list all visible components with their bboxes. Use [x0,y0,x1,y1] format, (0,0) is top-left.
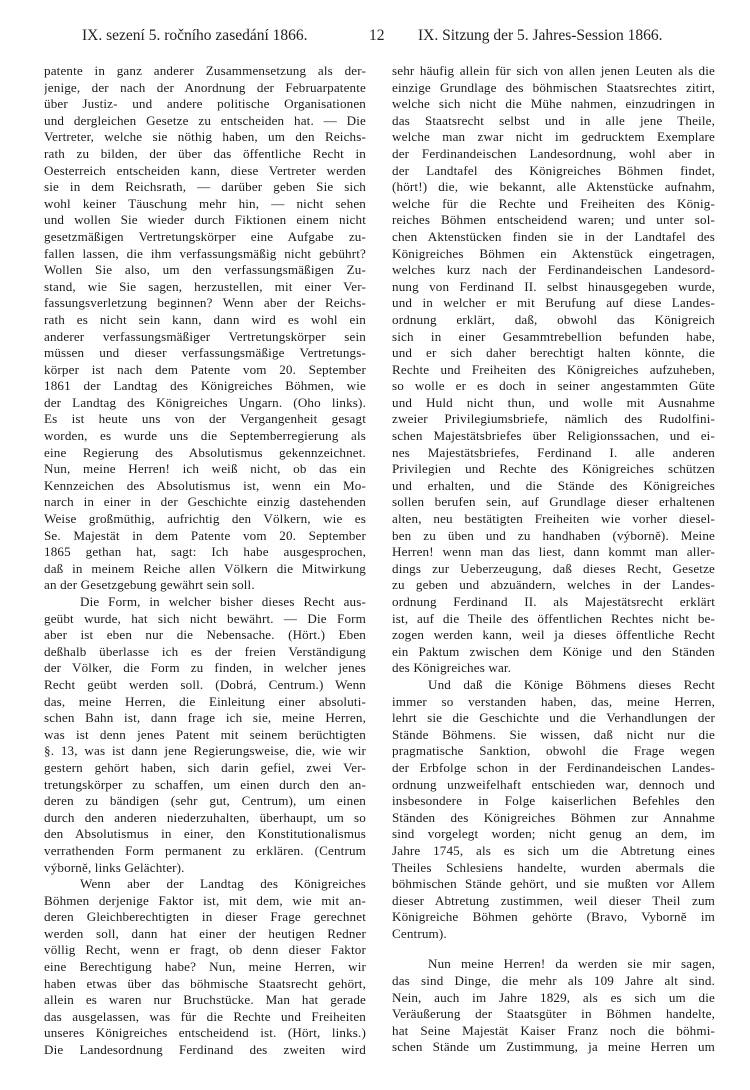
text-line: Wollen Sie also, um den verfassungsmäßig… [44,262,366,279]
text-line: schen Majestätsbriefes über Religionssac… [392,428,715,445]
text-line: verrathenden Form permanent zu erklären.… [44,843,366,860]
text-line: der Landtafel des Königreiches Böhmen fi… [392,163,715,180]
text-line: Recht geübt werden soll. (Dobrá, Centrum… [44,677,366,694]
text-line: rath es nicht sein kann, dann wird es wo… [44,312,366,329]
text-line: immer so verstanden haben, das, meine He… [392,694,715,711]
left-text-column: patente in ganz anderer Zusammensetzung … [44,63,366,1059]
text-line: Oesterreich entscheiden kann, diese Vert… [44,163,366,180]
text-line: geübt wurde, hat sich nicht bewährt. — D… [44,611,366,628]
text-line: aber ist eben nur die Nebensache. (Hört.… [44,627,366,644]
text-line: worden, es wurde uns die Septemberregier… [44,428,366,445]
text-line: jenige, der nach der Anordnung der Febru… [44,80,366,97]
text-line: §. 13, was ist dann jene Regierungsweise… [44,743,366,760]
text-line: der Landtag des Königreiches Ungarn. (Oh… [44,395,366,412]
text-line: Es ist heute uns von der Vergangenheit g… [44,411,366,428]
text-line: an der Gesetzgebung gewährt sein soll. [44,577,366,594]
text-line: müssen und dieser verfassungsmäßige Vert… [44,345,366,362]
text-line: durch den anderen niederzuhalten, überha… [44,810,366,827]
text-line: Se. Majestät in dem Patente vom 20. Sept… [44,528,366,545]
text-line: welche man zwar nicht im gedrucktem Exem… [392,129,715,146]
text-line: výborně, links Gelächter). [44,860,366,877]
text-line: insbesondere in Folge kaiserlichen Befeh… [392,793,715,810]
text-line: und in welcher er mit Berufung auf diese… [392,295,715,312]
right-text-column: sehr häufig allein für sich von allen je… [392,63,715,1056]
text-line: welches kurz nach der Ferdinandeischen L… [392,262,715,279]
text-line: Stände Böhmens. Sie wissen, daß nicht nu… [392,727,715,744]
text-line: Die Form, in welcher bisher dieses Recht… [44,594,366,611]
text-line: fallen lassen, die ihm verfassungsmäßig … [44,246,366,263]
text-line: Weise großmüthig, aufrichtig den Völkern… [44,511,366,528]
text-line: chen Aktenstücken finden sie in der Land… [392,229,715,246]
text-line: sich in einer Gesammtrebellion befunden … [392,329,715,346]
text-line: reiches Böhmen entscheidend waren; und u… [392,212,715,229]
header-german-title: IX. Sitzung der 5. Jahres-Session 1866. [418,27,663,45]
text-line: schen Bahn ist, dann frage ich sie, mein… [44,710,366,727]
text-line: lehrt sie die Geschichte und die Verhand… [392,710,715,727]
text-line: körper ist nach dem Patente vom 20. Sept… [44,362,366,379]
text-line: wohl keiner Täuschung mehr hin, — nicht … [44,196,366,213]
text-line: eine Berechtigung habe? Nun, meine Herre… [44,959,366,976]
text-line: narch in einer in der Geschichte einzig … [44,494,366,511]
text-line: nes Majestätsbriefes, Ferdinand I. alle … [392,445,715,462]
text-line: zweier Privilegiumsbriefe, nämlich des R… [392,411,715,428]
text-line: welche sich nicht die Mühe nahmen, einzu… [392,96,715,113]
text-line: einzige Grundlage des böhmischen Staatsr… [392,80,715,97]
text-line: und er sich daher berechtigt halten könn… [392,345,715,362]
text-line: welche für die Rechte und Freiheiten des… [392,196,715,213]
text-line: und dergleichen Gesetze zu entscheiden h… [44,113,366,130]
text-line: zogen werden kann, weil ja dieses öffent… [392,627,715,644]
text-line: Die Landesordnung Ferdinand des zweiten … [44,1042,366,1059]
text-line: tretungskörper zu schaffen, um einen dur… [44,777,366,794]
text-line: zu geben und abzuändern, welches in der … [392,577,715,594]
text-line: Centrum). [392,926,715,943]
text-line: Nun meine Herren! da werden sie mir sage… [392,956,715,973]
text-line: und Huld nicht thun, und wolle mit Ausna… [392,395,715,412]
text-line: stand, wie Sie sagen, herzustellen, mit … [44,279,366,296]
text-line: rath zu bilden, der über das öffentliche… [44,146,366,163]
text-line: 1865 gethan hat, sagt: Ich habe ausgespr… [44,544,366,561]
running-header: IX. sezení 5. ročního zasedání 1866. 12 … [0,24,750,48]
text-line: gesetzmäßigen Vertretungskörper eine Auf… [44,229,366,246]
text-line: so wolle er es doch in seiner angestammt… [392,378,715,395]
text-line: des Königreiches war. [392,660,715,677]
text-line: Jahre 1745, als es sich um die Abtretung… [392,843,715,860]
text-line: Böhmen derjenige Faktor ist, mit dem, wi… [44,893,366,910]
text-line: daß in meinem Reiche allen Völkern die M… [44,561,366,578]
text-line: (hört!) die, wie bekannt, alle Aktenstüc… [392,179,715,196]
text-line: das ausgelassen, was für die Rechte und … [44,1009,366,1026]
text-line: Nun, meine Herren! ich weiß nicht, ob da… [44,461,366,478]
text-line: alten, neu bestätigten Freiheiten wie vo… [392,511,715,528]
text-line: das sind Dinge, die mehr als 109 Jahre a… [392,973,715,990]
text-line: hat Seine Majestät Kaiser Franz noch die… [392,1023,715,1040]
text-line: werden soll, dann hat einer der heutigen… [44,926,366,943]
text-line: das Staatsrecht selbst und in alle jene … [392,113,715,130]
text-line: schen Stände um Zustimmung, ja meine Her… [392,1039,715,1056]
text-line: Kennzeichen des Absolutismus ist, wenn e… [44,478,366,495]
text-line: ist, auf die Theile des öffentlichen Rec… [392,611,715,628]
page-number: 12 [369,27,385,45]
text-line: Herren! wenn man das liest, dann kommt m… [392,544,715,561]
text-line: eine Regierung des Absolutismus gekennze… [44,445,366,462]
text-line: ordnung Ferdinand II. als Majestätsrecht… [392,594,715,611]
text-line: ordnung erklärt, daß, obwohl das Königre… [392,312,715,329]
text-line: Nein, auch im Jahre 1829, als es sich um… [392,990,715,1007]
text-line: pragmatische Sanktion, obwohl die Frage … [392,743,715,760]
text-line: Veräußerung der Staatsgüter in Böhmen ha… [392,1006,715,1023]
text-line: böhmischen Stände gehört, und sie mußten… [392,876,715,893]
text-line: dieser Abtretung zustimmen, weil dieser … [392,893,715,910]
text-line: der Völker, die Form zu finden, in welch… [44,660,366,677]
text-line: dings zur Ueberzeugung, daß dieses Recht… [392,561,715,578]
text-line: der Erbfolge schon in der Ferdinandeisch… [392,760,715,777]
text-line: deren Gleichberechtigten in dieser Frage… [44,909,366,926]
text-line: und wollen Sie wieder durch Fiktionen ei… [44,212,366,229]
text-line: haben etwas über das böhmische Staatsrec… [44,976,366,993]
text-line: allein es waren nur Bruchstücke. Man hat… [44,992,366,1009]
text-line: was ist denn jenes Patent mit seinem ber… [44,727,366,744]
paragraph-gap [392,942,715,956]
text-line: ben zu üben und zu handhaben (výborně). … [392,528,715,545]
text-line: anderer verfassungsmäßiger Vertretungskö… [44,329,366,346]
text-line: patente in ganz anderer Zusammensetzung … [44,63,366,80]
text-line: deßhalb überlasse ich es der freien Vers… [44,644,366,661]
text-line: ein Paktum zwischen dem Könige und den S… [392,644,715,661]
text-line: und erhalten, und die Stände des Königre… [392,478,715,495]
text-line: sie in dem Reichsrath, — darüber geben S… [44,179,366,196]
text-line: sehr häufig allein für sich von allen je… [392,63,715,80]
text-line: Theiles Schlesiens handelte, wurden aber… [392,860,715,877]
text-line: ordnung unzweifelhaft entschieden war, d… [392,777,715,794]
text-line: gestern gehört haben, sich darin gefiel,… [44,760,366,777]
text-line: nung von Ferdinand II. selbst hinausgege… [392,279,715,296]
text-line: über Justiz- und andere politische Organ… [44,96,366,113]
text-line: sind vorgelegt worden; nicht genug an de… [392,826,715,843]
text-line: fassungsverletzung beginnen? Wenn aber d… [44,295,366,312]
text-line: Privilegien und Rechte des Königreiches … [392,461,715,478]
text-line: Wenn aber der Landtag des Königreiches [44,876,366,893]
text-line: sollen berufen sein, auf Grundlage diese… [392,494,715,511]
text-line: Königreiches Böhmen ein Aktenstück einge… [392,246,715,263]
header-czech-title: IX. sezení 5. ročního zasedání 1866. [82,27,308,45]
text-line: der Ferdinandeischen Landesordnung, wohl… [392,146,715,163]
text-line: Und daß die Könige Böhmens dieses Recht [392,677,715,694]
text-line: das, meine Herren, die Einleitung einer … [44,694,366,711]
text-line: Ständen des Königreiches Böhmen zur Anna… [392,810,715,827]
text-line: Vertreter, welche sie nöthig haben, um d… [44,129,366,146]
text-line: Königreiche Böhmen gehörte (Bravo, Vybor… [392,909,715,926]
text-line: unseres Königreiches entscheidend ist. (… [44,1025,366,1042]
text-line: deren zu bändigen (sehr gut, Centrum), u… [44,793,366,810]
text-line: den Absolutismus in einer, den Konstitut… [44,826,366,843]
text-line: 1861 der Landtag des Königreiches Böhmen… [44,378,366,395]
text-line: völlig Recht, wenn er fragt, ob denn die… [44,942,366,959]
text-line: Rechte und Freiheiten des Königreiches a… [392,362,715,379]
